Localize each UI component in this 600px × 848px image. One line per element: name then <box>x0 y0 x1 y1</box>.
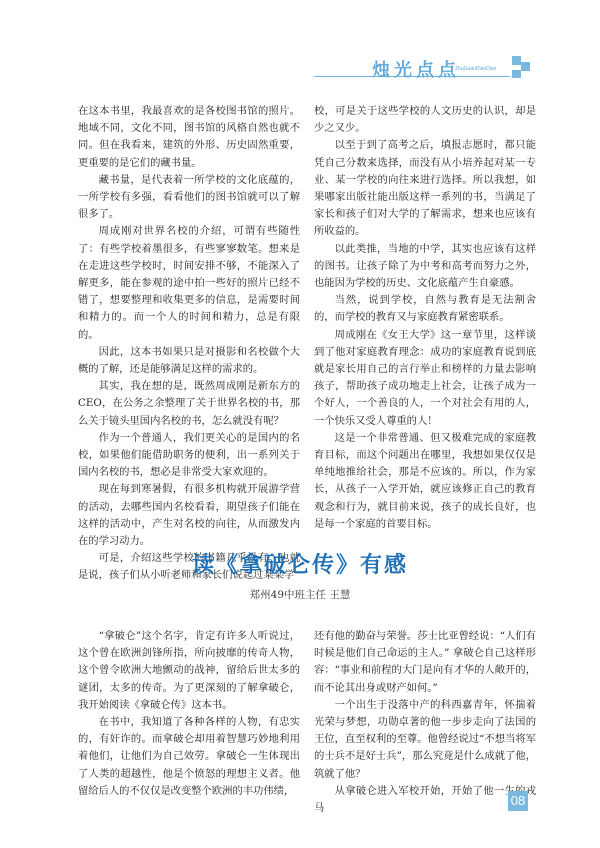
top-right-column: 校，可是关于这些学校的人文历史的认识，却是少之又少。 以至于到了高考之后，填报志… <box>314 103 536 533</box>
page-number: 08 <box>508 791 528 811</box>
paragraph: 周成刚对世界名校的介绍，可谓有些随性了：有些学校着墨很多，有些寥寥数笔。想来是在… <box>78 223 300 343</box>
section-pinyin: ZhuGuanDianDian <box>455 66 496 72</box>
bottom-right-column: 还有他的勤奋与荣誉。莎士比亚曾经说：“人们有时候是他们自己命运的主人。” 拿破仑… <box>314 628 536 817</box>
section-title: 烛光点点 <box>372 56 460 82</box>
paragraph: 校，可是关于这些学校的人文历史的认识，却是少之又少。 <box>314 103 536 137</box>
paragraph: 还有他的勤奋与荣誉。莎士比亚曾经说：“人们有时候是他们自己命运的主人。” 拿破仑… <box>314 628 536 697</box>
paragraph: 以此类推，当地的中学，其实也应该有这样的图书。让孩子除了为中考和高考而努力之外，… <box>314 241 536 293</box>
paragraph: 现在每到寒暑假，有很多机构就开展游学营的活动，去哪些国内名校看看，期望孩子们能在… <box>78 481 300 550</box>
paragraph: “拿破仑”这个名字，肯定有许多人听说过，这个曾在欧洲剑锋所指，所向披靡的传奇人物… <box>78 628 300 714</box>
paragraph: 从拿破仑进入军校开始，开始了他一生的戎马 <box>314 783 536 817</box>
paragraph: 在书中，我知道了各种各样的人物，有忠实的，有奸诈的。而拿破仑却用着智慧巧妙地利用… <box>78 714 300 800</box>
paragraph: 其实，我在想的是，既然周成刚是新东方的CEO，在公务之余整理了关于世界名校的书，… <box>78 378 300 430</box>
paragraph: 周成刚在《女王大学》这一章节里，这样谈到了他对家庭教育理念：成功的家庭教育说到底… <box>314 327 536 430</box>
paragraph: 这是一个非常普通、但又极难完成的家庭教育目标，而这个问题出在哪里，我想如果仅仅是… <box>314 430 536 533</box>
decorative-squares-icon <box>512 56 534 78</box>
paragraph: 因此，这本书如果只是对摄影和名校做个大概的了解，还是能够满足这样的需求的。 <box>78 344 300 378</box>
article-title: 读《拿破仑传》有感 <box>0 548 600 579</box>
header-divider <box>314 76 510 77</box>
top-left-column: 在这本书里，我最喜欢的是各校图书馆的照片。地域不同，文化不同，图书馆的风格自然也… <box>78 103 300 585</box>
page-header: 烛光点点 ZhuGuanDianDian <box>0 0 600 90</box>
paragraph: 当然，说到学校，自然与教育是无法割舍的，而学校的教育又与家庭教育紧密联系。 <box>314 292 536 326</box>
paragraph: 以至于到了高考之后，填报志愿时，都只能凭自己分数来选择，而没有从小培养起对某一专… <box>314 137 536 240</box>
paragraph: 藏书量，是代表着一所学校的文化底蕴的，一所学校有多强，看看他们的图书馆就可以了解… <box>78 172 300 224</box>
paragraph: 一个出生于没落中产的科西嘉青年，怀揣着光荣与梦想，功勋卓著的他一步步走向了法国的… <box>314 697 536 783</box>
article-author: 郑州49中班主任 王慧 <box>0 587 600 602</box>
paragraph: 作为一个普通人，我们更关心的是国内的名校，如果他们能借助职务的便利，出一系列关于… <box>78 430 300 482</box>
bottom-left-column: “拿破仑”这个名字，肯定有许多人听说过，这个曾在欧洲剑锋所指，所向披靡的传奇人物… <box>78 628 300 800</box>
paragraph: 在这本书里，我最喜欢的是各校图书馆的照片。地域不同，文化不同，图书馆的风格自然也… <box>78 103 300 172</box>
